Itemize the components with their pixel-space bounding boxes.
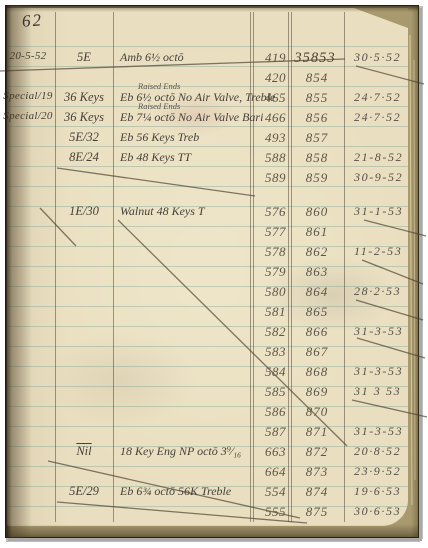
ruled-lines [7, 46, 408, 526]
scanned-ledger-photo: 20-5-525EAmb 6½ octō4193585330·5·5242085… [0, 0, 428, 548]
page-number: 62 [21, 10, 43, 31]
ledger-paper [7, 8, 408, 526]
page-corner-fold [354, 8, 408, 28]
